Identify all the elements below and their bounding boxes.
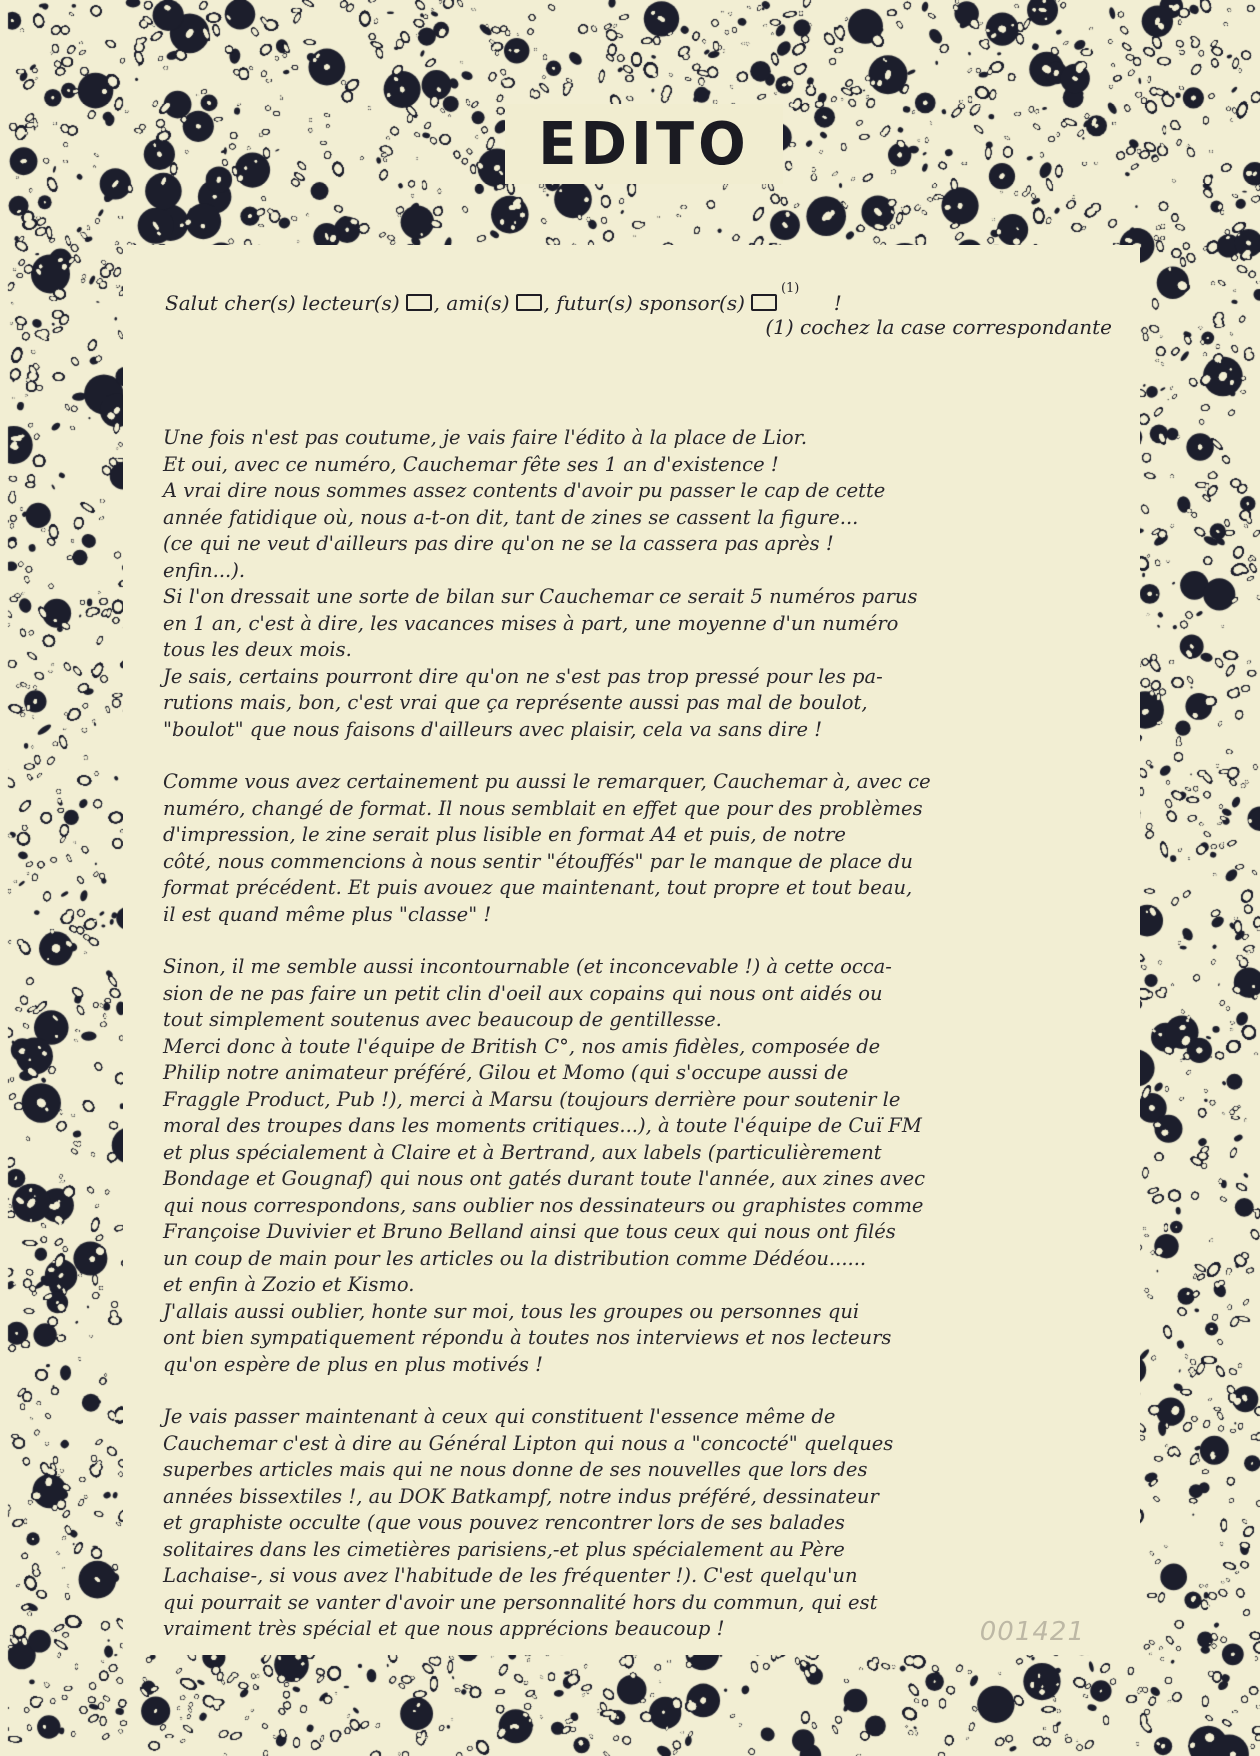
text-line: format précédent. Et puis avouez que mai… [163, 875, 1133, 902]
text-line: Philip notre animateur préféré, Gilou et… [163, 1060, 1133, 1087]
text-line: Cauchemar c'est à dire au Général Lipton… [163, 1431, 1133, 1458]
text-line: ont bien sympatiquement répondu à toutes… [163, 1325, 1133, 1352]
text-line: et enfin à Zozio et Kismo. [163, 1272, 1133, 1299]
text-line: enfin...). [163, 558, 1133, 585]
text-line: et graphiste occulte (que vous pouvez re… [163, 1510, 1133, 1537]
text-line: "boulot" que nous faisons d'ailleurs ave… [163, 717, 1133, 744]
text-line: sion de ne pas faire un petit clin d'oei… [163, 981, 1133, 1008]
greeting-sponsors: , futur(s) sponsor(s) [544, 291, 745, 315]
paragraph: Sinon, il me semble aussi incontournable… [163, 954, 1133, 1378]
text-line: et plus spécialement à Claire et à Bertr… [163, 1140, 1133, 1167]
text-line: tout simplement soutenus avec beaucoup d… [163, 1007, 1133, 1034]
text-line: (ce qui ne veut d'ailleurs pas dire qu'o… [163, 531, 1133, 558]
archive-stamp: 001421 [980, 1617, 1085, 1647]
text-line: qui pourrait se vanter d'avoir une perso… [163, 1590, 1133, 1617]
greeting-friends: , ami(s) [434, 291, 510, 315]
footnote-marker: (1) [781, 281, 799, 296]
greeting-readers: Salut cher(s) lecteur(s) [165, 291, 400, 315]
checkbox-icon[interactable] [516, 294, 542, 311]
text-line: qui nous correspondons, sans oublier nos… [163, 1193, 1133, 1220]
footnote: (1) cochez la case correspondante [765, 315, 1112, 339]
text-line: A vrai dire nous sommes assez contents d… [163, 478, 1133, 505]
text-line: solitaires dans les cimetières parisiens… [163, 1537, 1133, 1564]
page-title: EDITO [538, 110, 749, 178]
text-line: Merci donc à toute l'équipe de British C… [163, 1034, 1133, 1061]
text-line: année fatidique où, nous a-t-on dit, tan… [163, 505, 1133, 532]
text-line: Lachaise-, si vous avez l'habitude de le… [163, 1563, 1133, 1590]
text-line: Sinon, il me semble aussi incontournable… [163, 954, 1133, 981]
paragraph: Je vais passer maintenant à ceux qui con… [163, 1404, 1133, 1643]
text-line: Françoise Duvivier et Bruno Belland ains… [163, 1219, 1133, 1246]
text-line: années bissextiles !, au DOK Batkampf, n… [163, 1484, 1133, 1511]
text-line: moral des troupes dans les moments criti… [163, 1113, 1133, 1140]
text-line: qu'on espère de plus en plus motivés ! [163, 1352, 1133, 1379]
greeting-line: Salut cher(s) lecteur(s), ami(s), futur(… [165, 281, 842, 315]
text-line: il est quand même plus "classe" ! [163, 902, 1133, 929]
paragraph: Une fois n'est pas coutume, je vais fair… [163, 425, 1133, 743]
paragraph: Comme vous avez certainement pu aussi le… [163, 769, 1133, 928]
text-line: un coup de main pour les articles ou la … [163, 1246, 1133, 1273]
text-line: en 1 an, c'est à dire, les vacances mise… [163, 611, 1133, 638]
text-line: superbes articles mais qui ne nous donne… [163, 1457, 1133, 1484]
checkbox-icon[interactable] [751, 294, 777, 311]
text-line: Je vais passer maintenant à ceux qui con… [163, 1404, 1133, 1431]
text-line: Et oui, avec ce numéro, Cauchemar fête s… [163, 452, 1133, 479]
text-line: rutions mais, bon, c'est vrai que ça rep… [163, 690, 1133, 717]
text-panel: Salut cher(s) lecteur(s), ami(s), futur(… [123, 245, 1140, 1655]
text-line: Je sais, certains pourront dire qu'on ne… [163, 664, 1133, 691]
text-line: Si l'on dressait une sorte de bilan sur … [163, 584, 1133, 611]
text-line: Une fois n'est pas coutume, je vais fair… [163, 425, 1133, 452]
text-line: tous les deux mois. [163, 637, 1133, 664]
text-line: Comme vous avez certainement pu aussi le… [163, 769, 1133, 796]
greeting-exclamation: ! [834, 291, 842, 315]
editorial-body: Une fois n'est pas coutume, je vais fair… [163, 425, 1133, 1669]
title-banner: EDITO [505, 104, 783, 184]
text-line: côté, nous commencions à nous sentir "ét… [163, 849, 1133, 876]
text-line: numéro, changé de format. Il nous sembla… [163, 796, 1133, 823]
text-line: d'impression, le zine serait plus lisibl… [163, 822, 1133, 849]
text-line: Bondage et Gougnaf) qui nous ont gatés d… [163, 1166, 1133, 1193]
text-line: J'allais aussi oublier, honte sur moi, t… [163, 1299, 1133, 1326]
text-line: Fraggle Product, Pub !), merci à Marsu (… [163, 1087, 1133, 1114]
checkbox-icon[interactable] [406, 294, 432, 311]
